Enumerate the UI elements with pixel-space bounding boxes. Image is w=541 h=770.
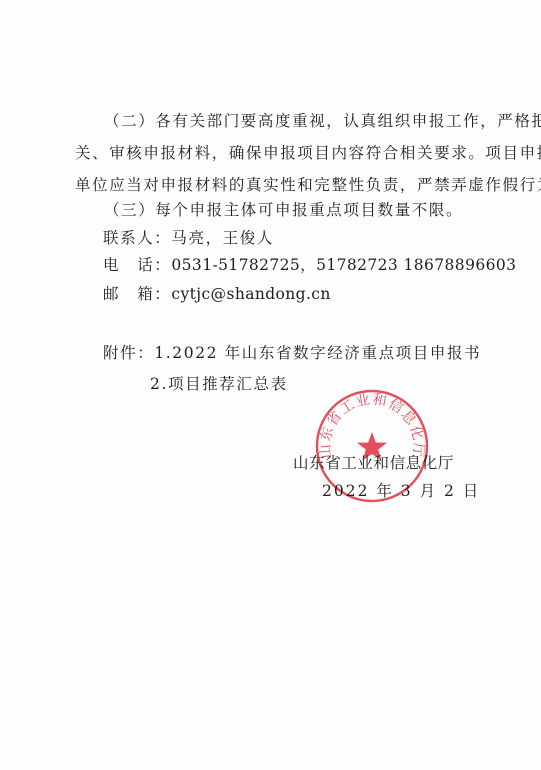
paragraph-2-line-3: 单位应当对申报材料的真实性和完整性负责，严禁弄虚作假行为。	[75, 175, 541, 195]
attachment-item-2: 2.项目推荐汇总表	[150, 375, 288, 393]
contact-phone: 电 话：0531-51782725，51782723 18678896603	[103, 255, 516, 275]
document-page: （二）各有关部门要高度重视，认真组织申报工作，严格把 关、审核申报材料，确保申报…	[0, 0, 541, 770]
issue-date: 2022 年 3 月 2 日	[322, 481, 480, 501]
contact-person: 联系人：马亮，王俊人	[103, 228, 274, 248]
attachment-2: 2.项目推荐汇总表	[150, 374, 288, 394]
contact-person-value: 马亮，王俊人	[171, 229, 274, 247]
svg-text:山东省工业和信息化厅: 山东省工业和信息化厅	[318, 392, 427, 459]
contact-person-label: 联系人：	[103, 229, 171, 247]
contact-email-label: 邮 箱：	[103, 285, 171, 303]
issuer-signature: 山东省工业和信息化厅	[293, 453, 454, 473]
seal-text: 山东省工业和信息化厅	[318, 392, 427, 459]
paragraph-2-line-2: 关、审核申报材料，确保申报项目内容符合相关要求。项目申报	[75, 143, 541, 163]
paragraph-3-line-1: （三）每个申报主体可申报重点项目数量不限。	[104, 200, 463, 220]
contact-email-value: cytjc@shandong.cn	[171, 285, 330, 303]
contact-email: 邮 箱：cytjc@shandong.cn	[103, 284, 331, 304]
contact-phone-label: 电 话：	[103, 256, 171, 274]
attachments-label: 附件：	[103, 344, 154, 362]
attachment-item-1: 1.2022 年山东省数字经济重点项目申报书	[154, 344, 481, 362]
attachment-1: 附件：1.2022 年山东省数字经济重点项目申报书	[103, 343, 481, 363]
contact-phone-value: 0531-51782725，51782723 18678896603	[171, 256, 516, 274]
paragraph-2-line-1: （二）各有关部门要高度重视，认真组织申报工作，严格把	[104, 111, 541, 131]
